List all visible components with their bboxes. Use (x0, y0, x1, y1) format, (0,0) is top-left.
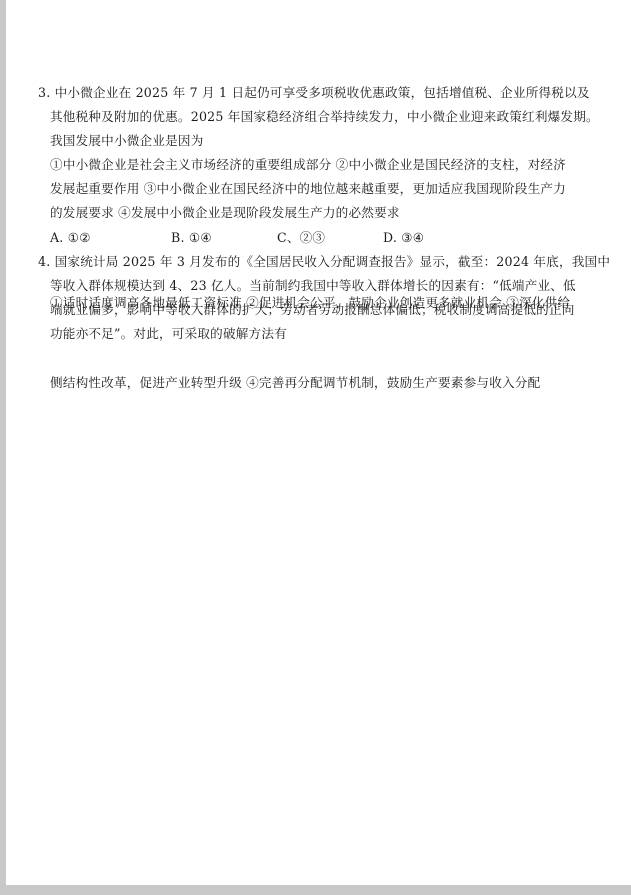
q3-option-a: A. ①② (50, 229, 91, 247)
q4-statement-line: ①适时适度调高各地最低工资标准 ②促进机会公平，鼓励企业创造更多就业机会 ③深化… (50, 294, 570, 312)
q4-stem-line: 等收入群体规模达到 4、23 亿人。当前制约我国中等收入群体增长的因素有：“低端… (50, 277, 576, 295)
q3-statement-line: 的发展要求 ④发展中小微企业是现阶段发展生产力的必然要求 (50, 204, 400, 222)
q3-statement-line: 发展起重要作用 ③中小微企业在国民经济中的地位越来越重要，更加适应我国现阶段生产… (50, 180, 566, 198)
q3-stem-line: 3. 中小微企业在 2025 年 7 月 1 日起仍可享受多项税收优惠政策，包括… (38, 84, 590, 102)
exam-page: 3. 中小微企业在 2025 年 7 月 1 日起仍可享受多项税收优惠政策，包括… (6, 0, 631, 885)
q4-statement-line: 侧结构性改革，促进产业转型升级 ④完善再分配调节机制，鼓励生产要素参与收入分配 (50, 374, 540, 392)
q3-option-c: C、②③ (277, 229, 325, 247)
q3-option-d: D. ③④ (383, 229, 424, 247)
q4-stem-line: 4. 国家统计局 2025 年 3 月发布的《全国居民收入分配调查报告》显示，截… (38, 253, 610, 271)
q3-stem-line: 其他税种及附加的优惠。2025 年国家稳经济组合举持续发力，中小微企业迎来政策红… (50, 108, 599, 126)
q3-option-b: B. ①④ (171, 229, 212, 247)
q3-stem-line: 我国发展中小微企业是因为 (50, 132, 204, 150)
q3-statement-line: ①中小微企业是社会主义市场经济的重要组成部分 ②中小微企业是国民经济的支柱，对经… (50, 156, 566, 174)
q4-stem-line: 功能亦不足”。对此，可采取的破解方法有 (50, 325, 287, 343)
